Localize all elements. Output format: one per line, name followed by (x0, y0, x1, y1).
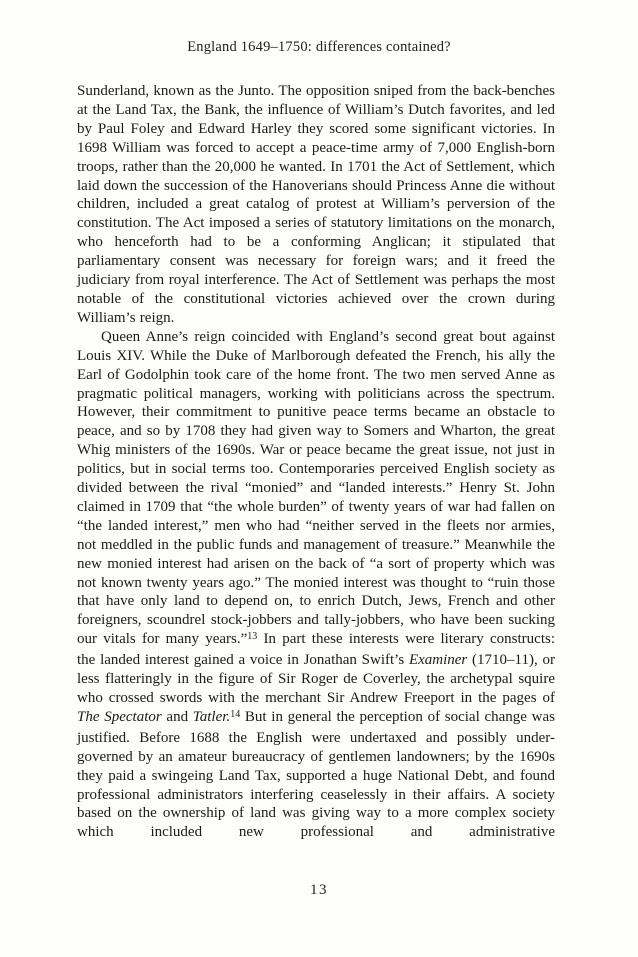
footnote-marker: 13 (247, 631, 257, 642)
text-run: and (162, 709, 193, 725)
text-run: Queen Anne’s reign coincided with Englan… (77, 329, 555, 648)
paragraph: Queen Anne’s reign coincided with Englan… (77, 328, 555, 842)
footnote-marker: 14 (230, 709, 240, 720)
text-run: Tatler. (193, 709, 230, 725)
body-text: Sunderland, known as the Junto. The oppo… (77, 82, 555, 842)
text-run: But in general the perception of social … (77, 709, 555, 840)
book-page: England 1649–1750: differences contained… (0, 0, 638, 957)
text-run: Examiner (409, 652, 467, 668)
paragraph: Sunderland, known as the Junto. The oppo… (77, 82, 555, 328)
running-header: England 1649–1750: differences contained… (0, 39, 638, 56)
text-run: Sunderland, known as the Junto. The oppo… (77, 83, 555, 326)
page-number: 13 (0, 882, 638, 899)
text-run: The Spectator (77, 709, 162, 725)
